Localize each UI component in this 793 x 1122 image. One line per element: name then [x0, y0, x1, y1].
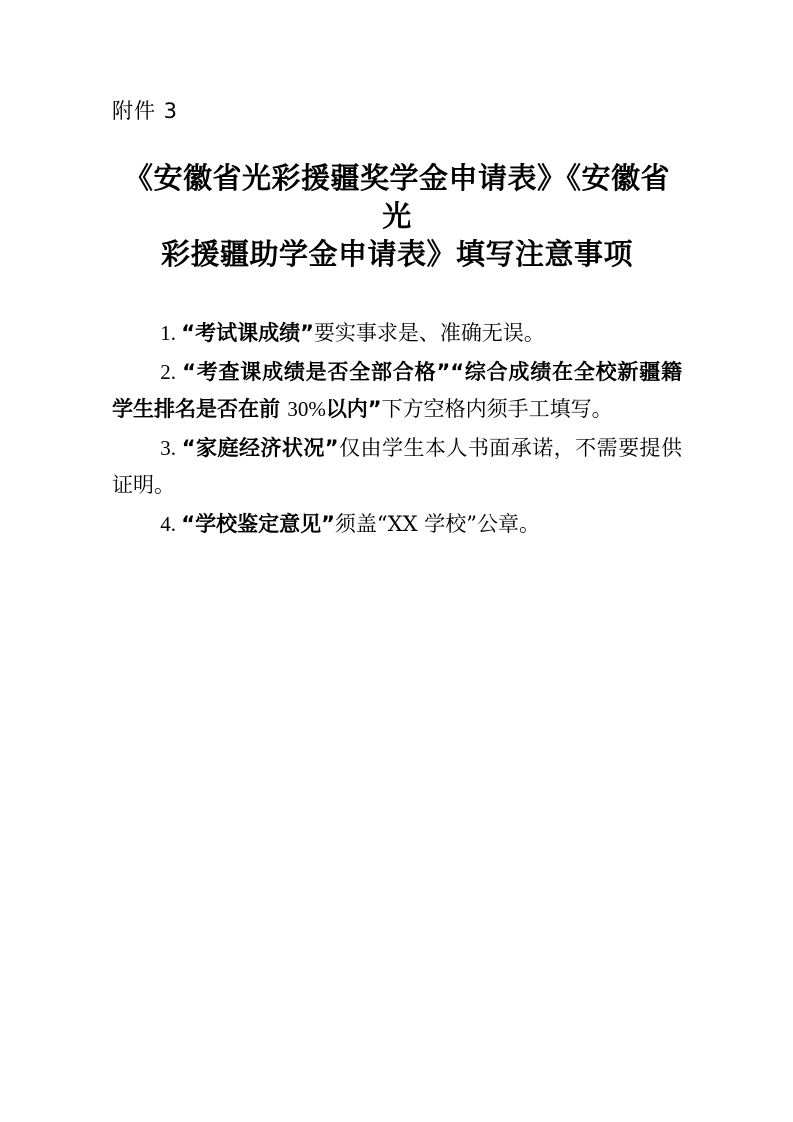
title-line-2: 彩援疆助学金申请表》填写注意事项: [112, 235, 682, 273]
document-page: 附件 3 《安徽省光彩援疆奖学金申请表》《安徽省光彩援疆助学金申请表》填写注意事…: [0, 0, 793, 1122]
item-4-bold-term: “学校鉴定意见”: [181, 512, 335, 536]
item-1-text: 要实事求是、准确无误。: [314, 321, 545, 345]
list-item-1: 1. “考试课成绩”要实事求是、准确无误。: [112, 315, 682, 352]
document-title: 《安徽省光彩援疆奖学金申请表》《安徽省光彩援疆助学金申请表》填写注意事项: [112, 159, 682, 273]
document-body: 1. “考试课成绩”要实事求是、准确无误。 2. “考查课成绩是否全部合格”“综…: [112, 315, 682, 543]
attachment-label: 附件 3: [112, 97, 682, 125]
list-item-3: 3. “家庭经济状况”仅由学生本人书面承诺，不需要提供证明。: [112, 430, 682, 504]
item-1-number: 1.: [160, 321, 181, 345]
item-2-percentage: 30%: [287, 397, 326, 421]
document-content: 附件 3 《安徽省光彩援疆奖学金申请表》《安徽省光彩援疆助学金申请表》填写注意事…: [0, 97, 793, 543]
item-2-number: 2.: [160, 360, 182, 384]
list-item-2: 2. “考查课成绩是否全部合格”“综合成绩在全校新疆籍学生排名是否在前 30%以…: [112, 354, 682, 428]
list-item-4: 4. “学校鉴定意见”须盖“XX 学校”公章。: [112, 506, 682, 543]
item-3-bold-term: “家庭经济状况”: [182, 436, 339, 460]
item-1-bold-term: “考试课成绩”: [181, 321, 314, 345]
item-3-number: 3.: [160, 436, 181, 460]
item-2-bold-term-end: 以内”: [326, 397, 382, 421]
item-2-text: 下方空格内须手工填写。: [382, 397, 613, 421]
item-4-number: 4.: [160, 512, 181, 536]
item-4-text: 须盖“XX 学校”公章。: [335, 512, 540, 536]
title-line-1: 《安徽省光彩援疆奖学金申请表》《安徽省光: [112, 159, 682, 235]
